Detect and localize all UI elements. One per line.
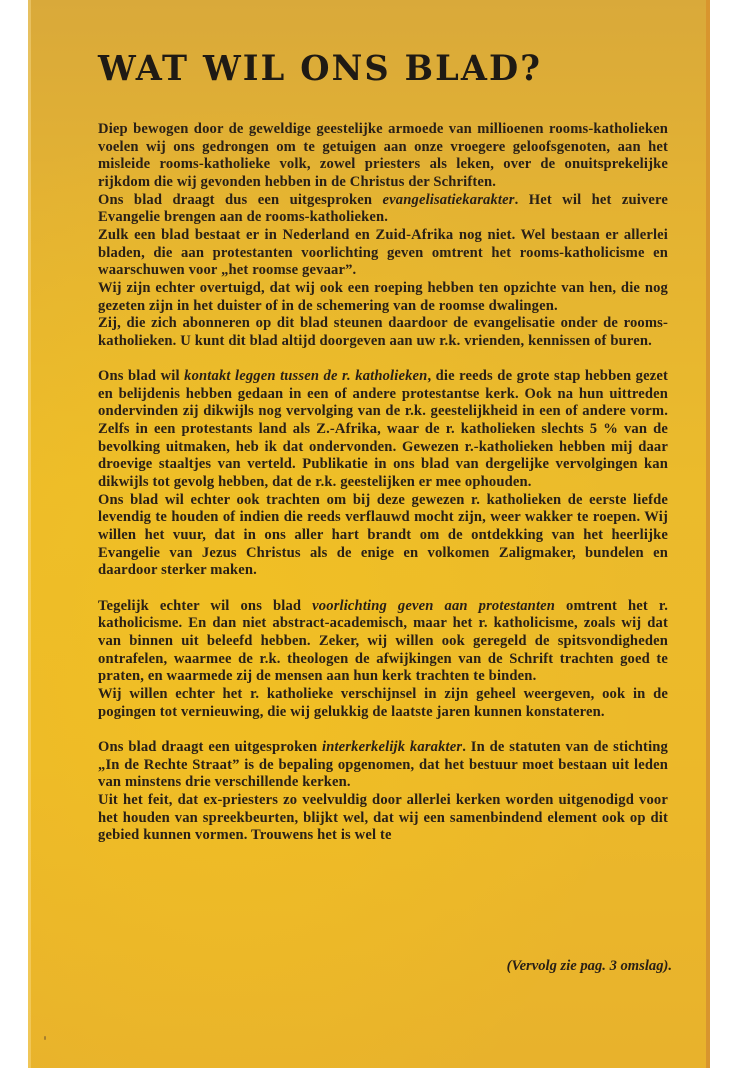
paragraph-text: Ons blad draagt een uitgesproken [98,739,322,755]
paper-speck [44,1036,46,1040]
paragraph-text: Tegelijk echter wil ons blad [98,598,312,614]
paragraph: Zij, die zich abonneren op dit blad steu… [98,315,668,350]
paragraph: Diep bewogen door de geweldige geestelij… [98,121,668,192]
paragraph: Wij willen echter het r. katholieke vers… [98,686,668,721]
paragraph: Wij zijn echter overtuigd, dat wij ook e… [98,280,668,315]
paragraph-text: Zij, die zich abonneren op dit blad steu… [98,315,668,349]
paragraph-text: Diep bewogen door de geweldige geestelij… [98,121,668,190]
emphasis-text: kontakt leggen tussen de r. katholieken [184,368,427,384]
paragraph-text: Ons blad wil [98,368,184,384]
paragraph: Uit het feit, dat ex-priesters zo veelvu… [98,792,668,845]
emphasis-text: evangelisatiekarakter [383,192,515,208]
paragraph-text: Ons blad wil echter ook trachten om bij … [98,492,668,579]
paragraph: Ons blad draagt een uitgesproken interke… [98,739,668,792]
emphasis-text: voorlichting geven aan protestanten [312,598,555,614]
paragraph-text: Zulk een blad bestaat er in Nederland en… [98,227,668,278]
paragraph: Ons blad wil echter ook trachten om bij … [98,492,668,580]
continuation-note: (Vervolg zie pag. 3 omslag). [507,958,672,975]
paragraph-text: Wij willen echter het r. katholieke vers… [98,686,668,720]
paragraph: Tegelijk echter wil ons blad voorlichtin… [98,598,668,686]
paragraph-text: Uit het feit, dat ex-priesters zo veelvu… [98,792,668,843]
article-body: Diep bewogen door de geweldige geestelij… [98,121,668,845]
page-title: WAT WIL ONS BLAD? [98,48,542,89]
magazine-page: WAT WIL ONS BLAD? Diep bewogen door de g… [28,0,710,1068]
paragraph: Zulk een blad bestaat er in Nederland en… [98,227,668,280]
emphasis-text: interkerkelijk karakter [322,739,462,755]
paragraph-text: , die reeds de grote stap hebben gezet e… [98,368,668,490]
paragraph-text: Wij zijn echter overtuigd, dat wij ook e… [98,280,668,314]
paragraph: Ons blad draagt dus een uitgesproken eva… [98,192,668,227]
paragraph-text: Ons blad draagt dus een uitgesproken [98,192,383,208]
paragraph: Ons blad wil kontakt leggen tussen de r.… [98,368,668,492]
